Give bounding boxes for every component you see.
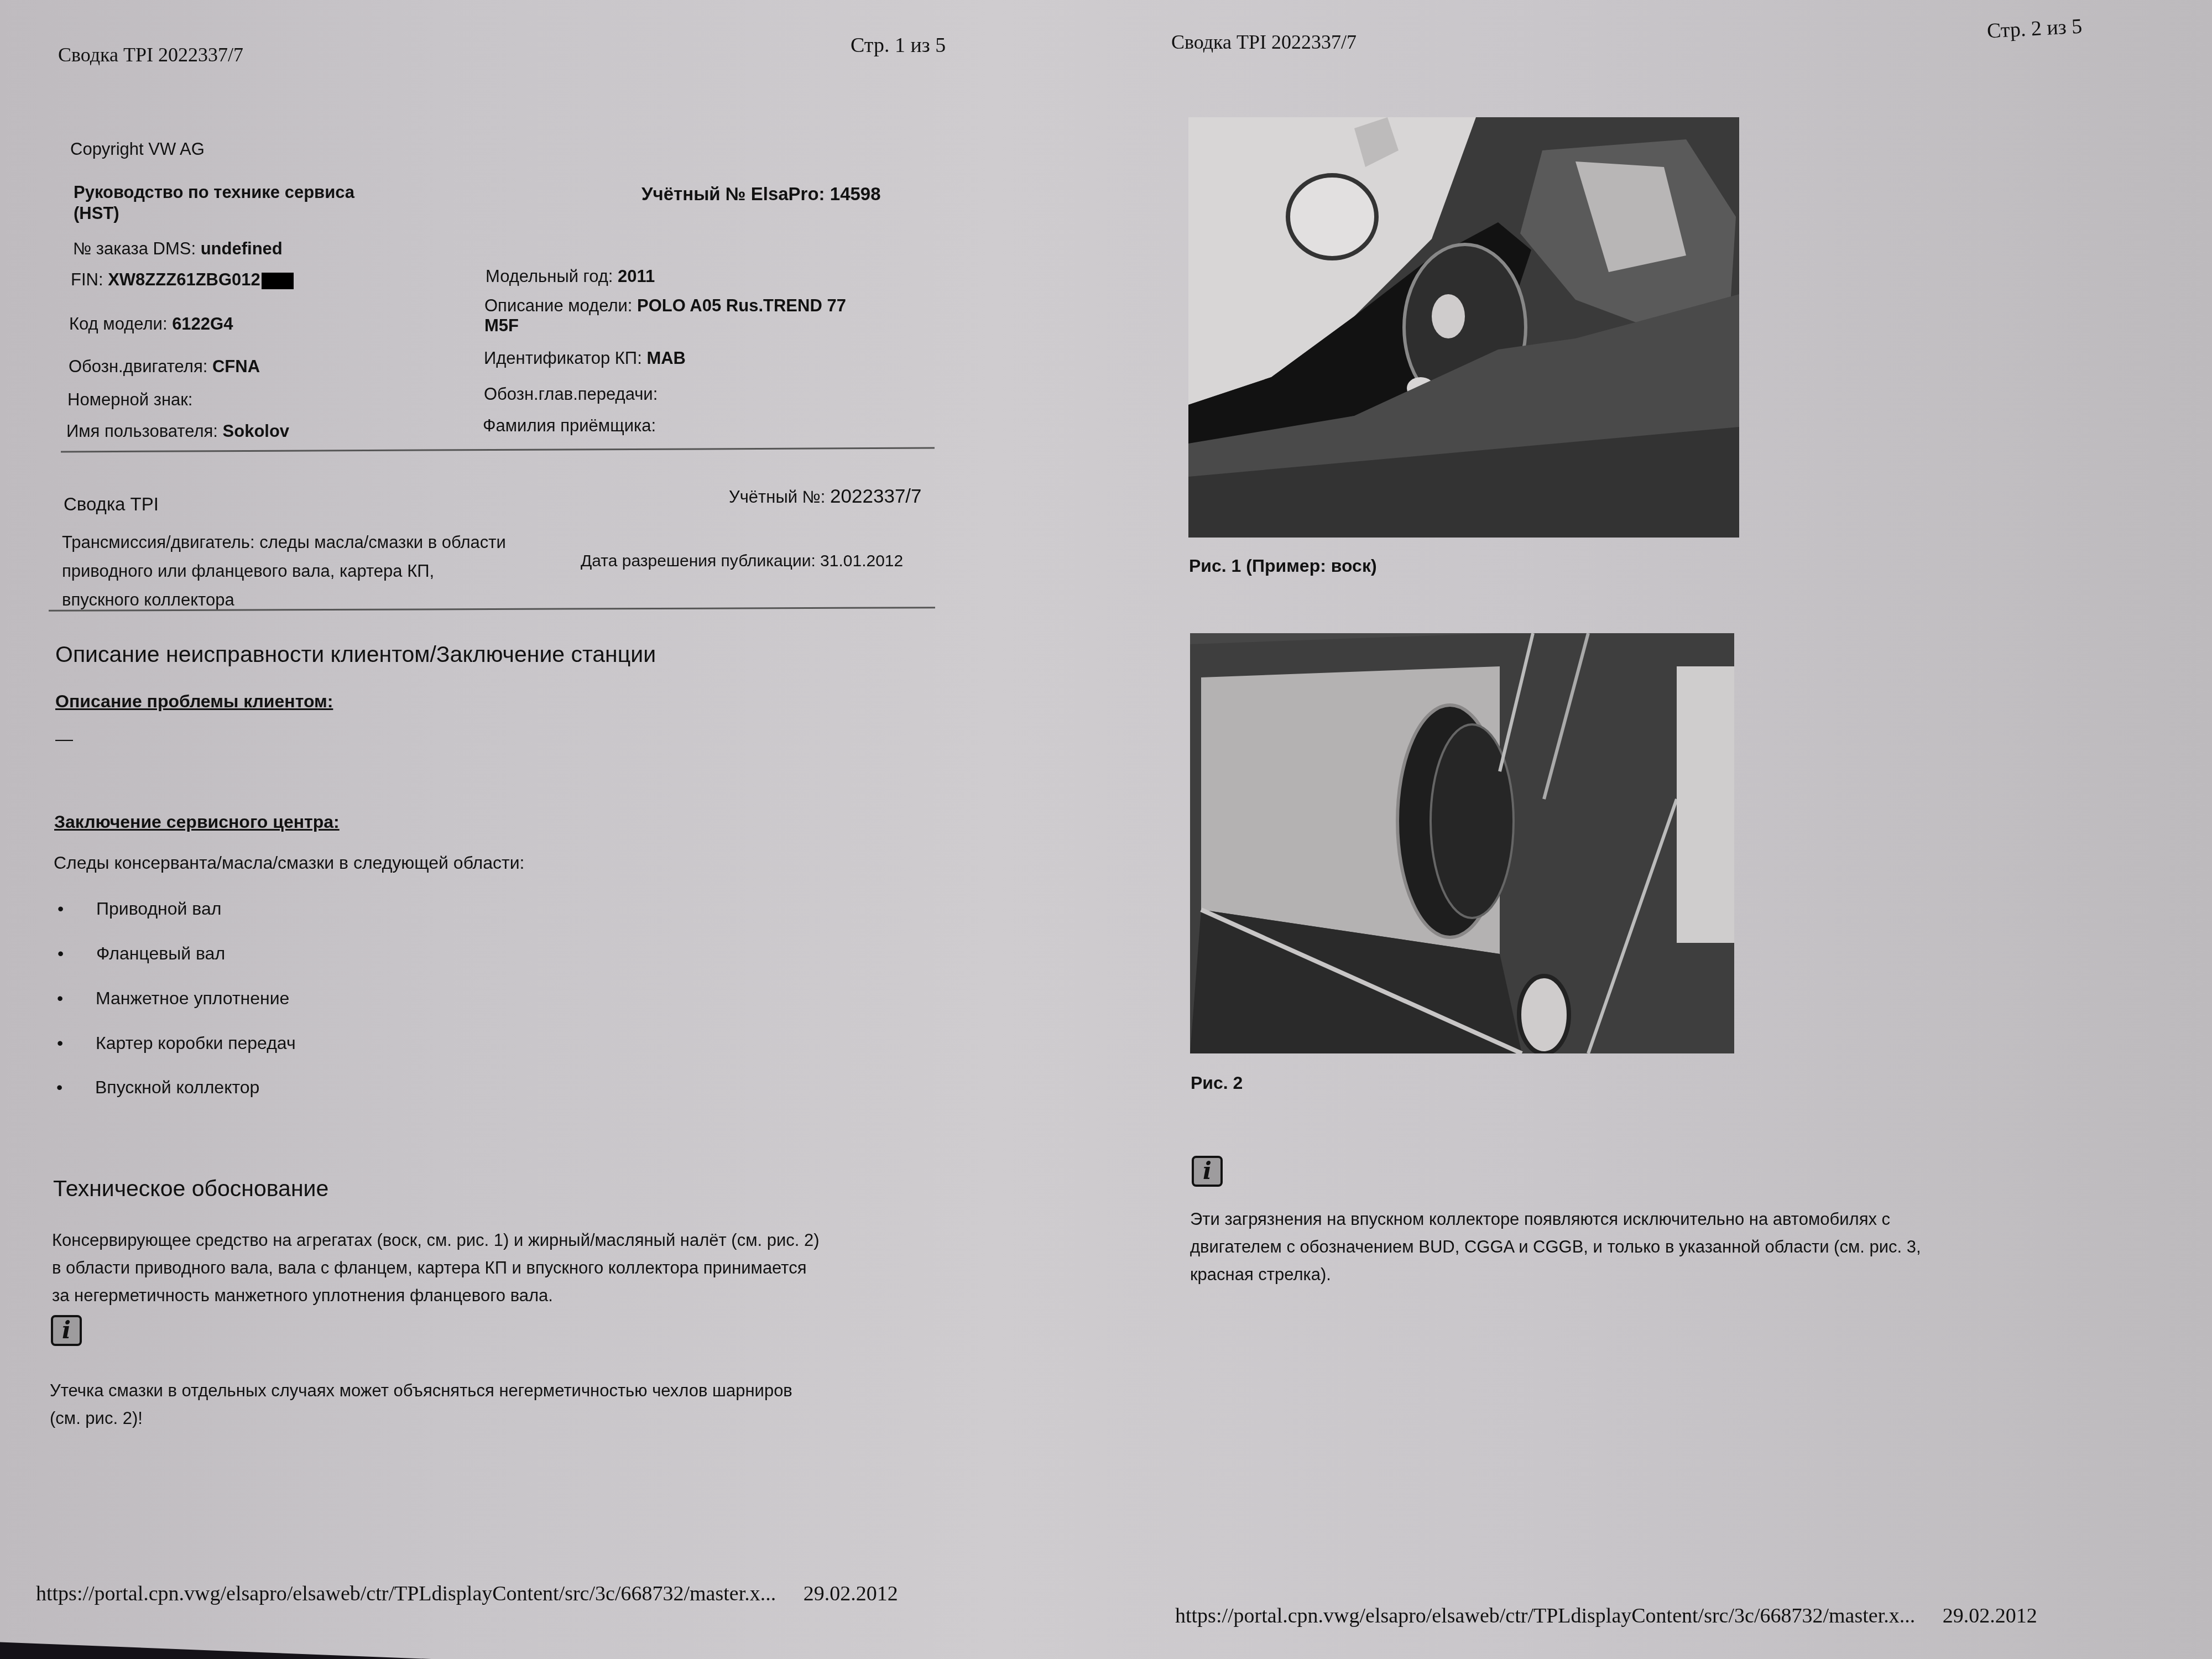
figure-2-photo: [1190, 633, 1734, 1053]
info-icon: i: [51, 1315, 82, 1346]
figure-2-caption: Рис. 2: [1191, 1073, 1243, 1093]
summary-title: Сводка TPI: [64, 494, 159, 515]
redaction-box: [262, 273, 294, 289]
service-conclusion-intro: Следы консерванта/масла/смазки в следующ…: [54, 853, 524, 873]
field-final-drive: Обозн.глав.передачи:: [484, 384, 658, 404]
figure-1-photo: [1188, 117, 1739, 538]
manual-title-line2: (HST): [74, 204, 354, 223]
divider: [61, 447, 935, 453]
field-fin: FIN: XW8ZZZ61ZBG012: [71, 270, 294, 290]
field-dms-order: № заказа DMS: undefined: [73, 239, 283, 259]
document-page-1: Сводка TPI 2022337/7 Стр. 1 из 5 Copyrig…: [0, 0, 1106, 1659]
document-page-2: Сводка TPI 2022337/7 Стр. 2 из 5 Рис. 1 …: [1106, 0, 2212, 1659]
info-icon: i: [1192, 1156, 1223, 1187]
section-heading-complaint: Описание неисправности клиентом/Заключен…: [55, 641, 656, 667]
section-heading-technical: Техническое обоснование: [53, 1176, 328, 1202]
footer-url: https://portal.cpn.vwg/elsapro/elsaweb/c…: [1175, 1604, 1915, 1627]
field-user: Имя пользователя: Sokolov: [66, 421, 289, 441]
customer-description-text: —: [55, 729, 73, 749]
field-gearbox-id: Идентификатор КП: MAB: [484, 348, 686, 368]
field-model-year: Модельный год: 2011: [486, 267, 655, 286]
desk-edge: [0, 1638, 431, 1659]
technical-text: Консервирующее средство на агрегатах (во…: [52, 1227, 820, 1310]
page-header-title: Сводка TPI 2022337/7: [1171, 30, 1357, 54]
service-conclusion-label: Заключение сервисного центра:: [54, 812, 340, 832]
page-footer: https://portal.cpn.vwg/elsapro/elsaweb/c…: [1175, 1604, 2037, 1628]
figure-1-caption: Рис. 1 (Пример: воск): [1189, 556, 1377, 576]
summary-subject: Трансмиссия/двигатель: следы масла/смазк…: [62, 528, 506, 614]
footer-date: 29.02.2012: [804, 1582, 898, 1605]
field-plate: Номерной знак:: [67, 390, 192, 410]
footer-date: 29.02.2012: [1943, 1604, 2037, 1627]
page-footer: https://portal.cpn.vwg/elsapro/elsaweb/c…: [36, 1582, 898, 1606]
field-model-code: Код модели: 6122G4: [69, 314, 233, 334]
footer-url: https://portal.cpn.vwg/elsapro/elsaweb/c…: [36, 1582, 776, 1605]
copyright: Copyright VW AG: [70, 139, 205, 159]
technical-note: Утечка смазки в отдельных случаях может …: [50, 1377, 792, 1432]
field-model-desc: Описание модели: POLO A05 Rus.TREND 77M5…: [484, 296, 846, 336]
manual-title: Руководство по технике сервиса (HST): [74, 182, 354, 223]
customer-description-label: Описание проблемы клиентом:: [55, 691, 333, 712]
manual-title-line1: Руководство по технике сервиса: [74, 182, 354, 202]
page-header-title: Сводка TPI 2022337/7: [58, 43, 243, 66]
summary-record-no: Учётный №: 2022337/7: [729, 486, 922, 508]
release-date: Дата разрешения публикации: 31.01.2012: [581, 552, 903, 571]
elsapro-number: Учётный № ElsaPro: 14598: [641, 184, 881, 205]
field-receiver: Фамилия приёмщика:: [483, 416, 656, 436]
field-engine: Обозн.двигателя: CFNA: [69, 357, 260, 377]
page-number: Стр. 2 из 5: [1986, 14, 2083, 44]
page-number: Стр. 1 из 5: [851, 33, 946, 58]
intake-manifold-note: Эти загрязнения на впускном коллекторе п…: [1190, 1206, 1921, 1288]
